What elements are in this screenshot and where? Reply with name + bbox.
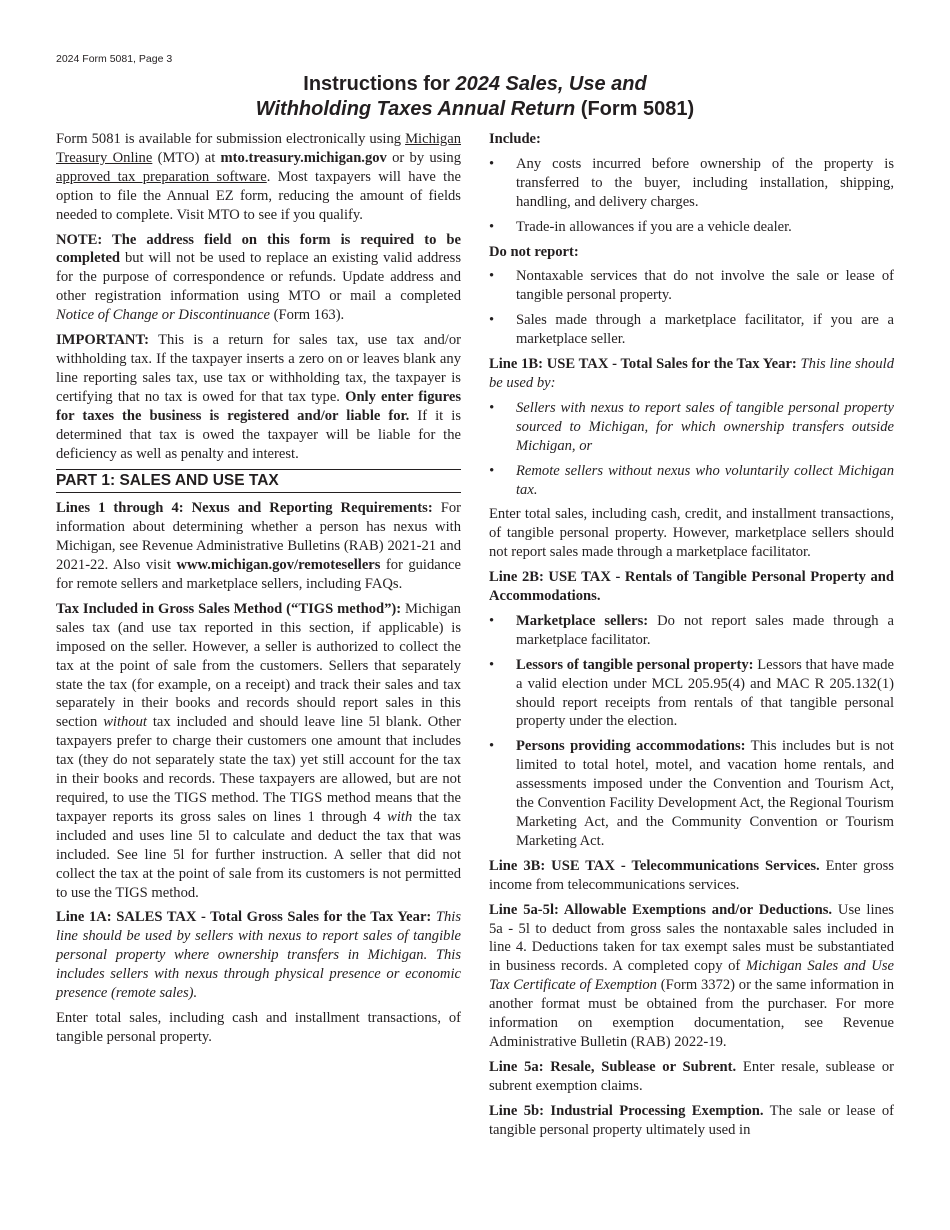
intro-paragraph: Form 5081 is available for submission el… <box>56 130 461 225</box>
tigs-text: Michigan sales tax (and use tax reported… <box>56 601 461 730</box>
line-1b-enter: Enter total sales, including cash, credi… <box>489 505 894 562</box>
important-label: IMPORTANT: <box>56 332 149 348</box>
line-2b-heading: Line 2B: USE TAX - Rentals of Tangible P… <box>489 569 894 604</box>
line-1b-paragraph: Line 1B: USE TAX - Total Sales for the T… <box>489 355 894 393</box>
nexus-paragraph: Lines 1 through 4: Nexus and Reporting R… <box>56 499 461 594</box>
bullet-icon: • <box>489 737 494 756</box>
tax-software-link[interactable]: approved tax preparation software <box>56 169 267 185</box>
include-label: Include: <box>489 130 894 149</box>
bullet-icon: • <box>489 267 494 286</box>
donot-heading: Do not report: <box>489 244 579 260</box>
line-1b-list: •Sellers with nexus to report sales of t… <box>489 399 894 500</box>
include-heading: Include: <box>489 131 541 147</box>
list-item-text: Remote sellers without nexus who volunta… <box>516 463 894 498</box>
section-header-part-1: PART 1: SALES AND USE TAX <box>56 469 461 493</box>
important-paragraph: IMPORTANT: This is a return for sales ta… <box>56 331 461 463</box>
bullet-icon: • <box>489 218 494 237</box>
donot-label: Do not report: <box>489 243 894 262</box>
line-1b-heading: Line 1B: USE TAX - Total Sales for the T… <box>489 356 797 372</box>
intro-text: or by using <box>387 150 461 166</box>
bullet-icon: • <box>489 311 494 330</box>
nexus-heading: Lines 1 through 4: Nexus and Reporting R… <box>56 500 433 516</box>
title-italic-1: 2024 Sales, Use and <box>456 73 647 95</box>
list-item-text: Nontaxable services that do not involve … <box>516 268 894 303</box>
list-item: •Marketplace sellers: Do not report sale… <box>489 612 894 650</box>
tigs-paragraph: Tax Included in Gross Sales Method (“TIG… <box>56 600 461 903</box>
right-column: Include: •Any costs incurred before owne… <box>489 130 894 1146</box>
intro-text: (MTO) at <box>152 150 220 166</box>
line-5a-heading: Line 5a: Resale, Sublease or Subrent. <box>489 1059 736 1075</box>
list-item-text: Sellers with nexus to report sales of ta… <box>516 400 894 454</box>
bullet-icon: • <box>489 656 494 675</box>
bullet-icon: • <box>489 399 494 418</box>
list-item: •Remote sellers without nexus who volunt… <box>489 462 894 500</box>
line-5-paragraph: Line 5a-5l: Allowable Exemptions and/or … <box>489 901 894 1052</box>
line-2b-heading-paragraph: Line 2B: USE TAX - Rentals of Tangible P… <box>489 568 894 606</box>
line-3b-heading: Line 3B: USE TAX - Telecommunications Se… <box>489 858 820 874</box>
title-suffix: (Form 5081) <box>575 98 694 120</box>
list-item: •Lessors of tangible personal property: … <box>489 656 894 732</box>
list-item-label: Lessors of tangible personal property: <box>516 657 754 673</box>
line-1a-heading: Line 1A: SALES TAX - Total Gross Sales f… <box>56 909 431 925</box>
intro-text: Form 5081 is available for submission el… <box>56 131 405 147</box>
page-label: 2024 Form 5081, Page 3 <box>56 53 172 65</box>
tigs-italic: without <box>103 714 147 730</box>
mto-url: mto.treasury.michigan.gov <box>221 150 387 166</box>
list-item-text: This includes but is not limited to tota… <box>516 738 894 849</box>
line-5-heading: Line 5a-5l: Allowable Exemptions and/or … <box>489 902 832 918</box>
bullet-icon: • <box>489 155 494 174</box>
list-item-text: Any costs incurred before ownership of t… <box>516 156 894 210</box>
line-3b-paragraph: Line 3B: USE TAX - Telecommunications Se… <box>489 857 894 895</box>
list-item: •Nontaxable services that do not involve… <box>489 267 894 305</box>
list-item: •Persons providing accommodations: This … <box>489 737 894 850</box>
remotesellers-url: www.michigan.gov/remotesellers <box>176 557 380 573</box>
page-title: Instructions for 2024 Sales, Use and Wit… <box>0 72 950 122</box>
line-1a-paragraph: Line 1A: SALES TAX - Total Gross Sales f… <box>56 908 461 1003</box>
title-italic-2: Withholding Taxes Annual Return <box>256 98 575 120</box>
list-item-label: Persons providing accommodations: <box>516 738 746 754</box>
line-1a-enter: Enter total sales, including cash and in… <box>56 1009 461 1047</box>
title-prefix: Instructions for <box>303 73 455 95</box>
list-item-text: Sales made through a marketplace facilit… <box>516 312 894 347</box>
list-item: •Trade-in allowances if you are a vehicl… <box>489 218 894 237</box>
left-column: Form 5081 is available for submission el… <box>56 130 461 1053</box>
line-2b-list: •Marketplace sellers: Do not report sale… <box>489 612 894 851</box>
list-item: •Sales made through a marketplace facili… <box>489 311 894 349</box>
bullet-icon: • <box>489 612 494 631</box>
bullet-icon: • <box>489 462 494 481</box>
line-5b-paragraph: Line 5b: Industrial Processing Exemption… <box>489 1102 894 1140</box>
note-paragraph: NOTE: The address field on this form is … <box>56 231 461 326</box>
list-item: •Any costs incurred before ownership of … <box>489 155 894 212</box>
tigs-heading: Tax Included in Gross Sales Method (“TIG… <box>56 601 401 617</box>
line-5b-heading: Line 5b: Industrial Processing Exemption… <box>489 1103 764 1119</box>
list-item: •Sellers with nexus to report sales of t… <box>489 399 894 456</box>
line-5a-paragraph: Line 5a: Resale, Sublease or Subrent. En… <box>489 1058 894 1096</box>
donot-list: •Nontaxable services that do not involve… <box>489 267 894 349</box>
list-item-label: Marketplace sellers: <box>516 613 648 629</box>
tigs-italic: with <box>387 809 412 825</box>
list-item-text: Trade-in allowances if you are a vehicle… <box>516 219 792 235</box>
include-list: •Any costs incurred before ownership of … <box>489 155 894 237</box>
form-163-title: Notice of Change or Discontinuance <box>56 307 270 323</box>
note-text: (Form 163). <box>270 307 344 323</box>
